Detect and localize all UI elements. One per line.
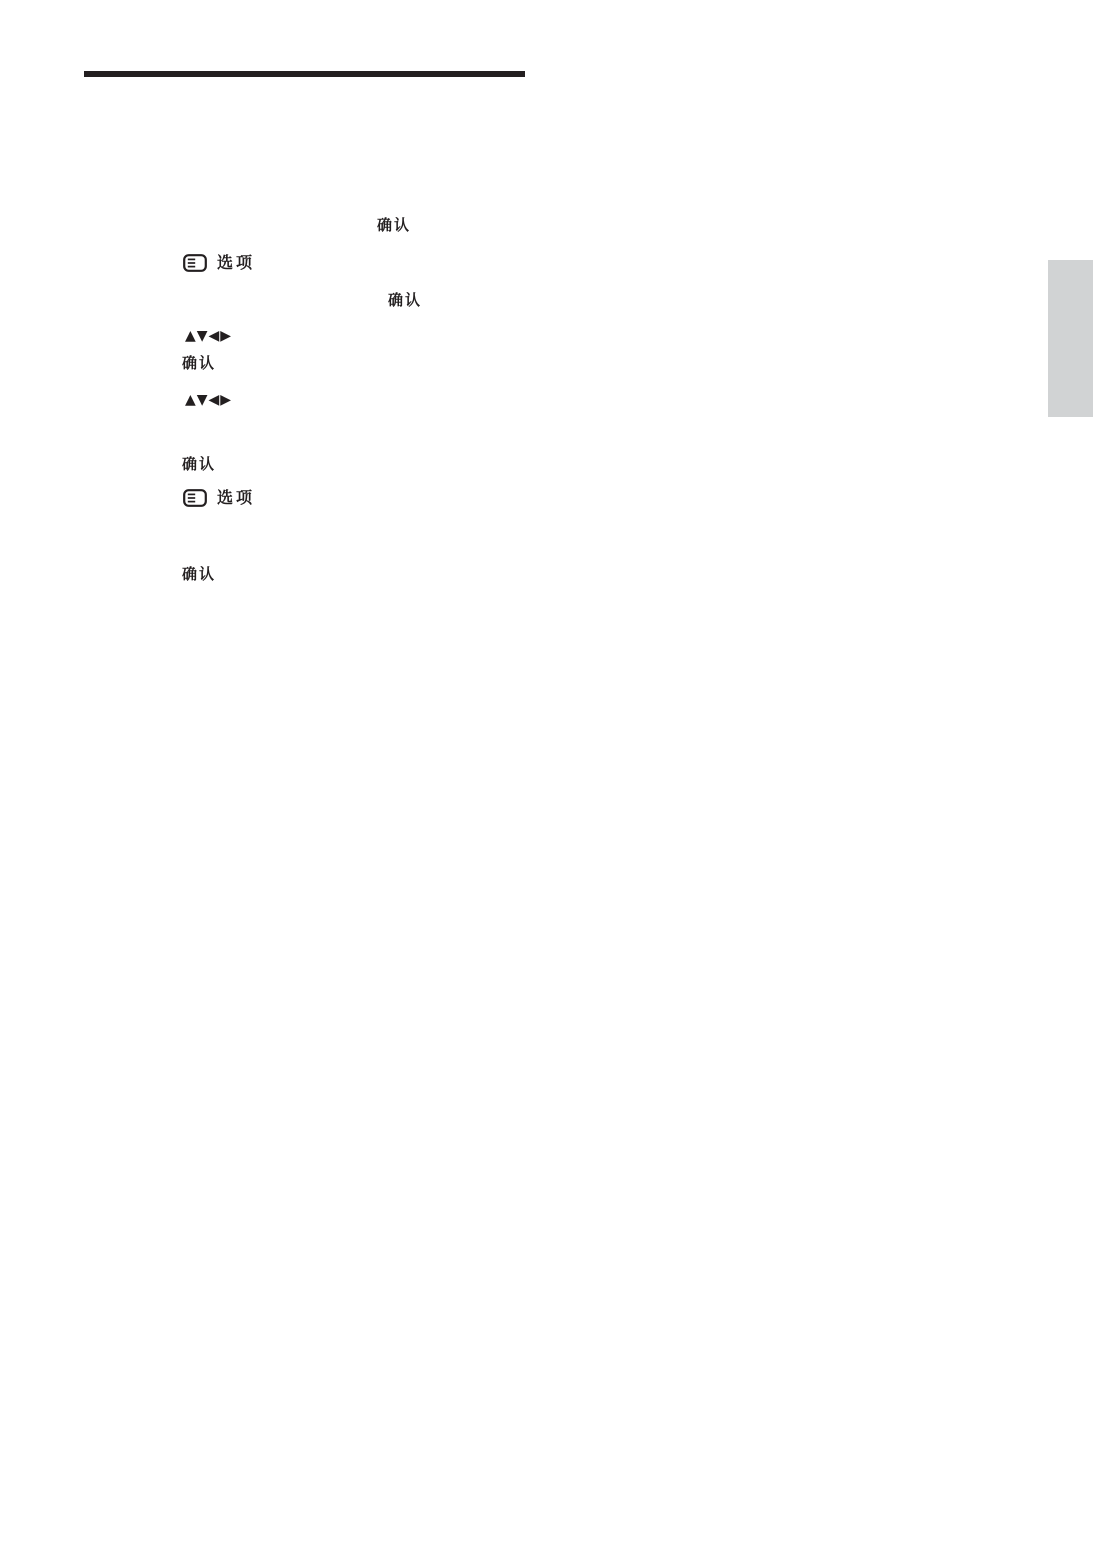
options-key-label: 选项: [217, 255, 255, 272]
header-rule: [84, 71, 525, 77]
navigation-arrows-icon: ▲▼◀▶: [185, 329, 232, 343]
options-key-label: 选项: [217, 490, 255, 507]
osd-menu-icon: [183, 254, 207, 272]
options-key-row: 选项: [183, 489, 255, 507]
confirm-key-label: 确认: [182, 356, 216, 372]
confirm-key-label: 确认: [182, 457, 216, 473]
navigation-arrows-icon: ▲▼◀▶: [185, 393, 232, 407]
confirm-key-label: 确认: [377, 218, 411, 234]
confirm-key-label: 确认: [182, 567, 216, 583]
page-edge-tab: [1048, 260, 1093, 417]
osd-menu-icon: [183, 489, 207, 507]
confirm-key-label: 确认: [388, 293, 422, 309]
manual-page: 确认 选项 确认 ▲▼◀▶ 确认 ▲▼◀▶ 确认 选项 确认: [0, 0, 1093, 1548]
options-key-row: 选项: [183, 254, 255, 272]
